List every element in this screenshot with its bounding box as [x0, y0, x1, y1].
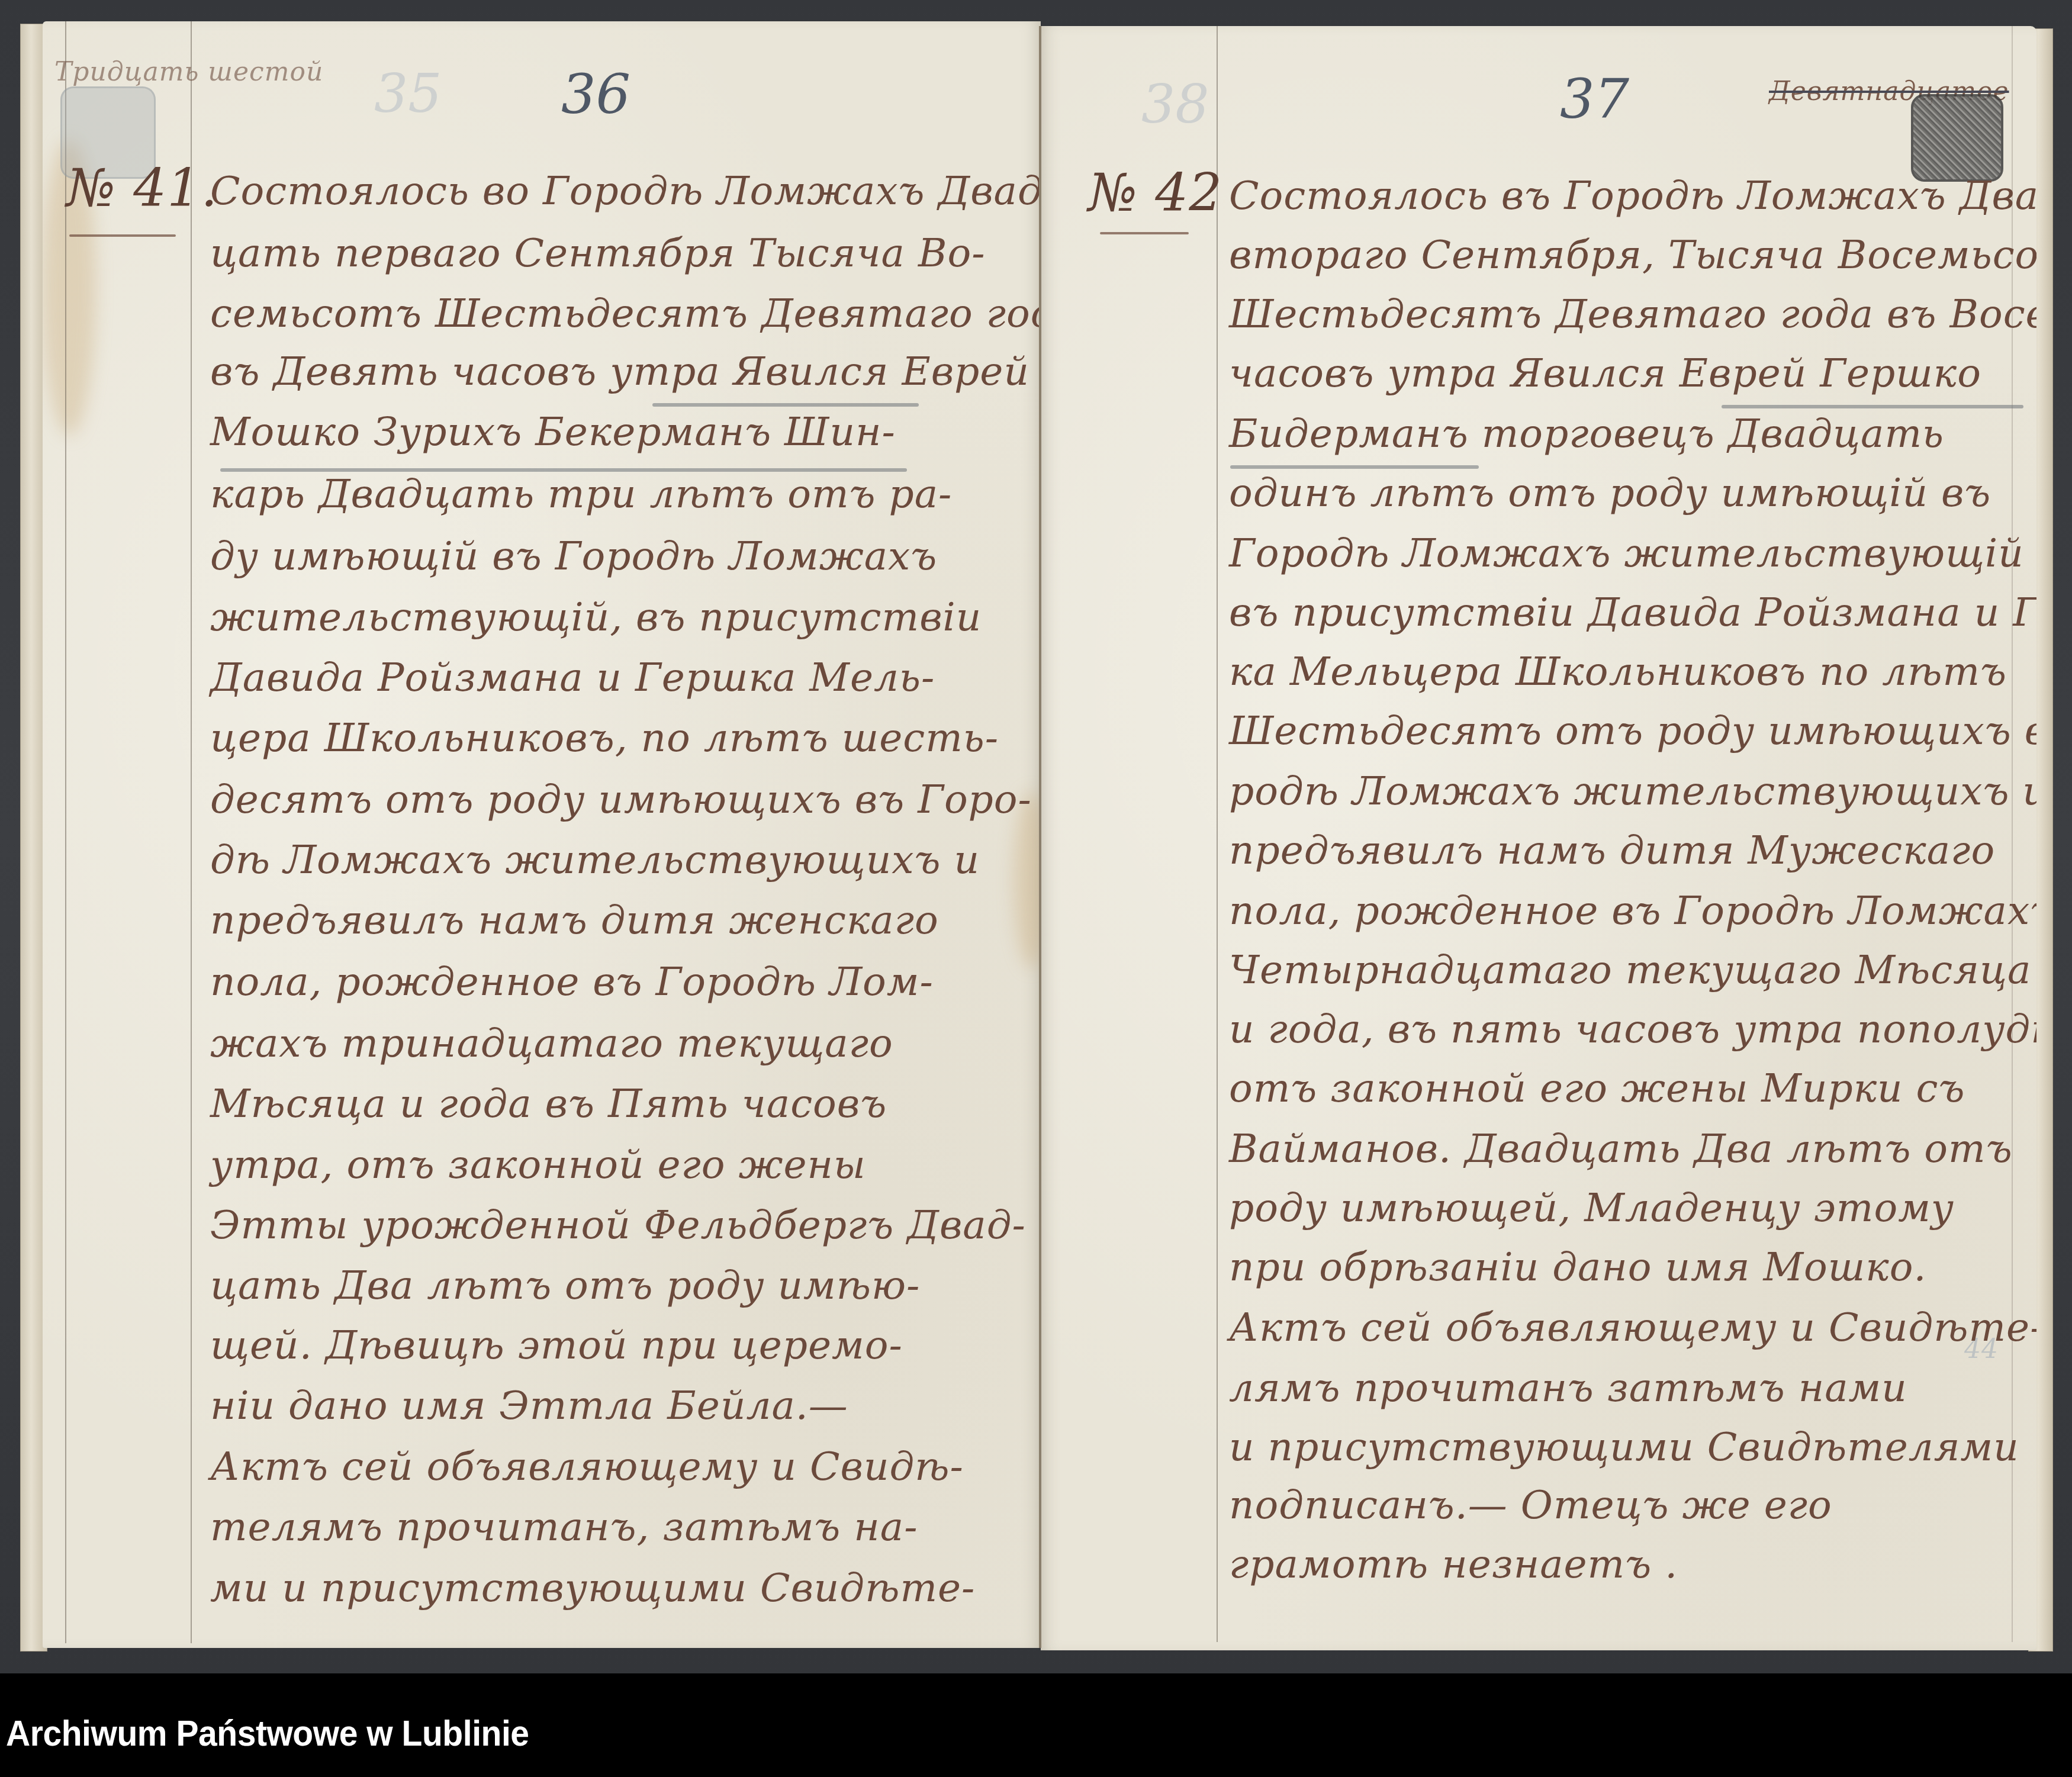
text-line: дѣ Ломжахъ жительствующихъ и [210, 837, 980, 883]
text-line: Мѣсяца и года въ Пять часовъ [210, 1081, 887, 1126]
show-through-page-number: 35 [374, 63, 442, 125]
text-line: цать Два лѣтъ отъ роду имѣю- [210, 1263, 920, 1308]
entry-number: № 41. [66, 157, 218, 218]
text-line: въ присутствіи Давида Ройзмана и Герш- [1229, 590, 2036, 635]
text-line: при обрѣзаніи дано имя Мошко. [1229, 1244, 1926, 1290]
entry-number-underline [69, 234, 176, 237]
pencil-underline [1722, 405, 2023, 408]
pencil-underline [652, 403, 919, 407]
text-line: пола, рожденное въ Городѣ Лом- [210, 959, 934, 1005]
text-line: Бидерманъ торговецъ Двадцать [1229, 411, 1944, 456]
text-line: Состоялось въ Городѣ Ломжахъ Двадцать [1229, 173, 2036, 218]
text-line: родѣ Ломжахъ жительствующихъ и [1229, 768, 2036, 814]
text-line: Вайманов. Двадцать Два лѣтъ отъ [1229, 1126, 2013, 1171]
page-number: 37 [1560, 67, 1629, 131]
right-page: 38 37 Девятнадцатое № 42 44 Состоялось в… [1041, 26, 2036, 1650]
text-line: часовъ утра Явился Еврей Гершко [1229, 350, 1981, 396]
revenue-stamp [1911, 94, 2003, 182]
text-line: и присутствующими Свидѣтелями [1229, 1424, 2019, 1470]
text-line: отъ законной его жены Мирки съ [1229, 1065, 1965, 1111]
pencil-underline [1230, 465, 1479, 469]
text-line: и года, въ пять часовъ утра пополудни [1229, 1006, 2036, 1052]
text-line: утра, отъ законной его жены [210, 1142, 866, 1187]
text-line: пола, рожденное въ Городѣ Ломжахъ [1229, 888, 2036, 933]
text-line: подписанъ.— Отецъ же его [1229, 1482, 1832, 1528]
right-margin-rule [1217, 26, 1218, 1642]
text-line: цать перваго Сентября Тысяча Во- [210, 230, 985, 276]
text-line: десятъ отъ роду имѣющихъ въ Горо- [210, 777, 1032, 822]
text-line: лямъ прочитанъ затѣмъ нами [1229, 1365, 1907, 1411]
text-line: предъявилъ намъ дитя Мужескаго [1229, 828, 1995, 873]
text-line: втораго Сентября, Тысяча Восемьсотъ [1229, 232, 2036, 278]
left-margin-rule-inner [191, 21, 192, 1643]
text-line: жительствующій, въ присутствіи [210, 594, 982, 640]
text-line: грамотѣ незнаетъ . [1229, 1541, 1678, 1587]
book-gutter [1039, 26, 1041, 1648]
text-line: семьсотъ Шестьдесятъ Девятаго года [210, 291, 1041, 336]
text-line: телямъ прочитанъ, затѣмъ на- [210, 1504, 918, 1550]
text-line: въ Девять часовъ утра Явился Еврей [210, 349, 1029, 394]
text-line: жахъ тринадцатаго текущаго [210, 1021, 893, 1066]
text-line: Городѣ Ломжахъ жительствующій [1229, 530, 2024, 576]
text-line: Актъ сей объявляющему и Свидѣте- [1229, 1305, 2036, 1350]
text-line: предъявилъ намъ дитя женскаго [210, 897, 939, 943]
text-line: Четырнадцатаго текущаго Мѣсяца [1229, 947, 2031, 993]
text-line: щей. Дѣвицѣ этой при церемо- [210, 1322, 903, 1368]
text-line: Шестьдесятъ Девятаго года въ Восемь [1229, 291, 2036, 337]
page-number: 36 [561, 63, 630, 126]
text-line: Этты урожденной Фельдбергъ Двад- [210, 1202, 1026, 1248]
archive-watermark-text: Archiwum Państwowe w Lublinie [6, 1712, 529, 1755]
show-through-page-number: 38 [1141, 73, 1209, 136]
text-line: Состоялось во Городѣ Ломжахъ Двад- [210, 168, 1041, 214]
text-line: ка Мельцера Школьниковъ по лѣтъ [1229, 649, 2007, 694]
text-line: Мошко Зурихъ Бекерманъ Шин- [210, 409, 896, 455]
entry-number: № 42 [1088, 162, 1222, 223]
left-page: 35 Тридцать шестой 36 № 41. Состоялось в… [43, 21, 1041, 1648]
left-margin-rule [65, 21, 66, 1643]
text-line: Давида Ройзмана и Гершка Мель- [210, 655, 935, 700]
text-line: ми и присутствующими Свидѣте- [210, 1565, 975, 1611]
text-line: цера Школьниковъ, по лѣтъ шесть- [210, 715, 999, 761]
text-line: роду имѣющей, Младенцу этому [1229, 1185, 1954, 1231]
text-line: ду имѣющій въ Городѣ Ломжахъ [210, 533, 937, 579]
text-line: Актъ сей объявляющему и Свидѣ- [210, 1444, 964, 1489]
corner-note: Тридцать шестой [54, 57, 323, 87]
text-line: одинъ лѣтъ отъ роду имѣющій въ [1229, 470, 1991, 516]
text-line: ніи дано имя Эттла Бейла.— [210, 1383, 848, 1428]
text-line: Шестьдесятъ отъ роду имѣющихъ въ Го- [1229, 708, 2036, 754]
text-line: карь Двадцать три лѣтъ отъ ра- [210, 471, 952, 517]
entry-number-underline [1100, 232, 1189, 234]
